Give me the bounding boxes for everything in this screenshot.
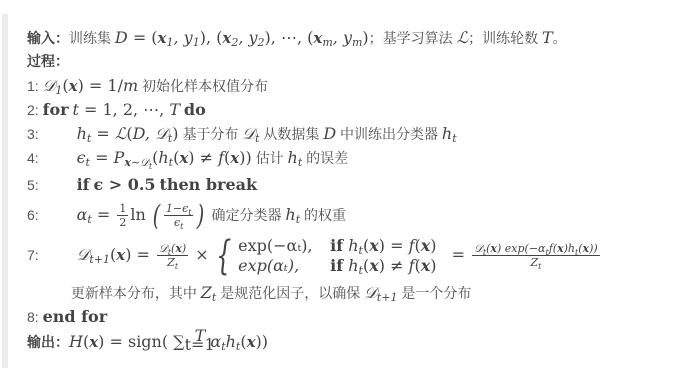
step-comment: 是规范化因子，以确保 <box>220 285 360 301</box>
var-ht: ht <box>288 148 303 167</box>
var-ht: ht <box>285 205 300 224</box>
step-7-note: 更新样本分布，其中 Zt 是规范化因子，以确保 𝒟t+1 是一个分布 <box>27 283 471 303</box>
keyword-if: if <box>77 175 90 194</box>
step-number: 1: <box>27 78 39 94</box>
keyword-do: do <box>184 100 206 119</box>
input-text-learner: 基学习算法 <box>383 30 453 46</box>
step-comment: 从数据集 <box>263 126 319 142</box>
step-comment: 是一个分布 <box>401 285 471 301</box>
keyword-end-for: end for <box>43 307 108 326</box>
step-number: 6: <box>27 207 39 223</box>
step-comment: 的权重 <box>304 207 346 223</box>
step-number: 8: <box>27 309 39 325</box>
step-1-formula: 𝒟1(x) = 1/m <box>43 76 139 95</box>
output-line: 输出：H(x) = sign( ∑t=1T αtht(x)) <box>27 332 268 352</box>
output-formula: H(x) = sign( ∑t=1T αtht(x)) <box>69 332 268 351</box>
input-label: 输入： <box>27 30 69 46</box>
step-1: 1: 𝒟1(x) = 1/m 初始化样本权值分布 <box>27 76 268 96</box>
step-number: 7: <box>27 247 39 263</box>
step-comment: 确定分类器 <box>212 207 282 223</box>
dataset-formula: D = (x1, y1), (x2, y2), ⋯, (xm, ym) <box>115 28 369 47</box>
output-label: 输出： <box>27 334 69 350</box>
step-number: 2: <box>27 102 39 118</box>
learner-symbol: ℒ <box>457 28 469 47</box>
step-2-formula: t = 1, 2, ⋯, T <box>72 100 180 119</box>
keyword-for: for <box>43 100 69 119</box>
process-line: 过程： <box>27 51 69 71</box>
process-label: 过程： <box>27 53 69 69</box>
var-ht: ht <box>442 124 457 143</box>
input-text-rounds: 训练轮数 <box>482 30 538 46</box>
case-1-value: exp(−αₜ), <box>238 236 330 256</box>
var-dt1: 𝒟t+1 <box>364 283 397 302</box>
input-text-dataset: 训练集 <box>69 30 111 46</box>
period: 。 <box>553 30 567 46</box>
var-zt: Zt <box>201 283 217 302</box>
step-number: 4: <box>27 150 39 166</box>
step-2: 2: for t = 1, 2, ⋯, T do <box>27 100 206 120</box>
step-comment: 基于分布 <box>182 126 238 142</box>
step-comment: 初始化样本权值分布 <box>142 78 268 94</box>
step-8: 8: end for <box>27 307 107 327</box>
var-dt: 𝒟t <box>242 124 259 143</box>
step-comment: 更新样本分布，其中 <box>71 285 197 301</box>
step-number: 5: <box>27 177 39 193</box>
keyword-then-break: then break <box>159 175 257 194</box>
step-5: 5: if ϵ > 0.5 then break <box>27 175 257 195</box>
step-6: 6: αt = 12ln (1−ϵtϵt) 确定分类器 ht 的权重 <box>27 198 346 233</box>
condition: ϵ > 0.5 <box>93 175 155 194</box>
case-2-value: exp(αₜ), <box>238 256 330 276</box>
step-number: 3: <box>27 126 39 142</box>
step-4: 4: ϵt = Px∼𝒟t(ht(x) ≠ f(x)) 估计 ht 的误差 <box>27 148 348 168</box>
step-comment: 中训练出分类器 <box>340 126 438 142</box>
step-3: 3: ht = ℒ(D, 𝒟t) 基于分布 𝒟t 从数据集 D 中训练出分类器 … <box>27 124 457 144</box>
input-line: 输入：训练集 D = (x1, y1), (x2, y2), ⋯, (xm, y… <box>27 28 567 48</box>
var-d: D <box>323 124 336 143</box>
separator: ； <box>369 30 383 46</box>
step-7: 7: 𝒟t+1(x) = 𝒟t(x)Zt ×{ exp(−αₜ),if ht(x… <box>27 233 602 277</box>
step-4-formula: ϵt = Px∼𝒟t(ht(x) ≠ f(x)) <box>77 148 252 167</box>
case-2-condition: if ht(x) ≠ f(x) <box>330 256 436 275</box>
blockquote-bar <box>2 14 8 368</box>
separator: ； <box>468 30 482 46</box>
step-7-formula: 𝒟t+1(x) = 𝒟t(x)Zt ×{ exp(−αₜ),if ht(x) =… <box>77 245 602 264</box>
step-comment: 的误差 <box>306 150 348 166</box>
step-6-formula: αt = 12ln (1−ϵtϵt) <box>77 205 212 224</box>
case-1-condition: if ht(x) = f(x) <box>330 236 436 255</box>
rounds-symbol: T <box>542 28 553 47</box>
step-3-formula: ht = ℒ(D, 𝒟t) <box>77 124 179 143</box>
step-comment: 估计 <box>256 150 284 166</box>
